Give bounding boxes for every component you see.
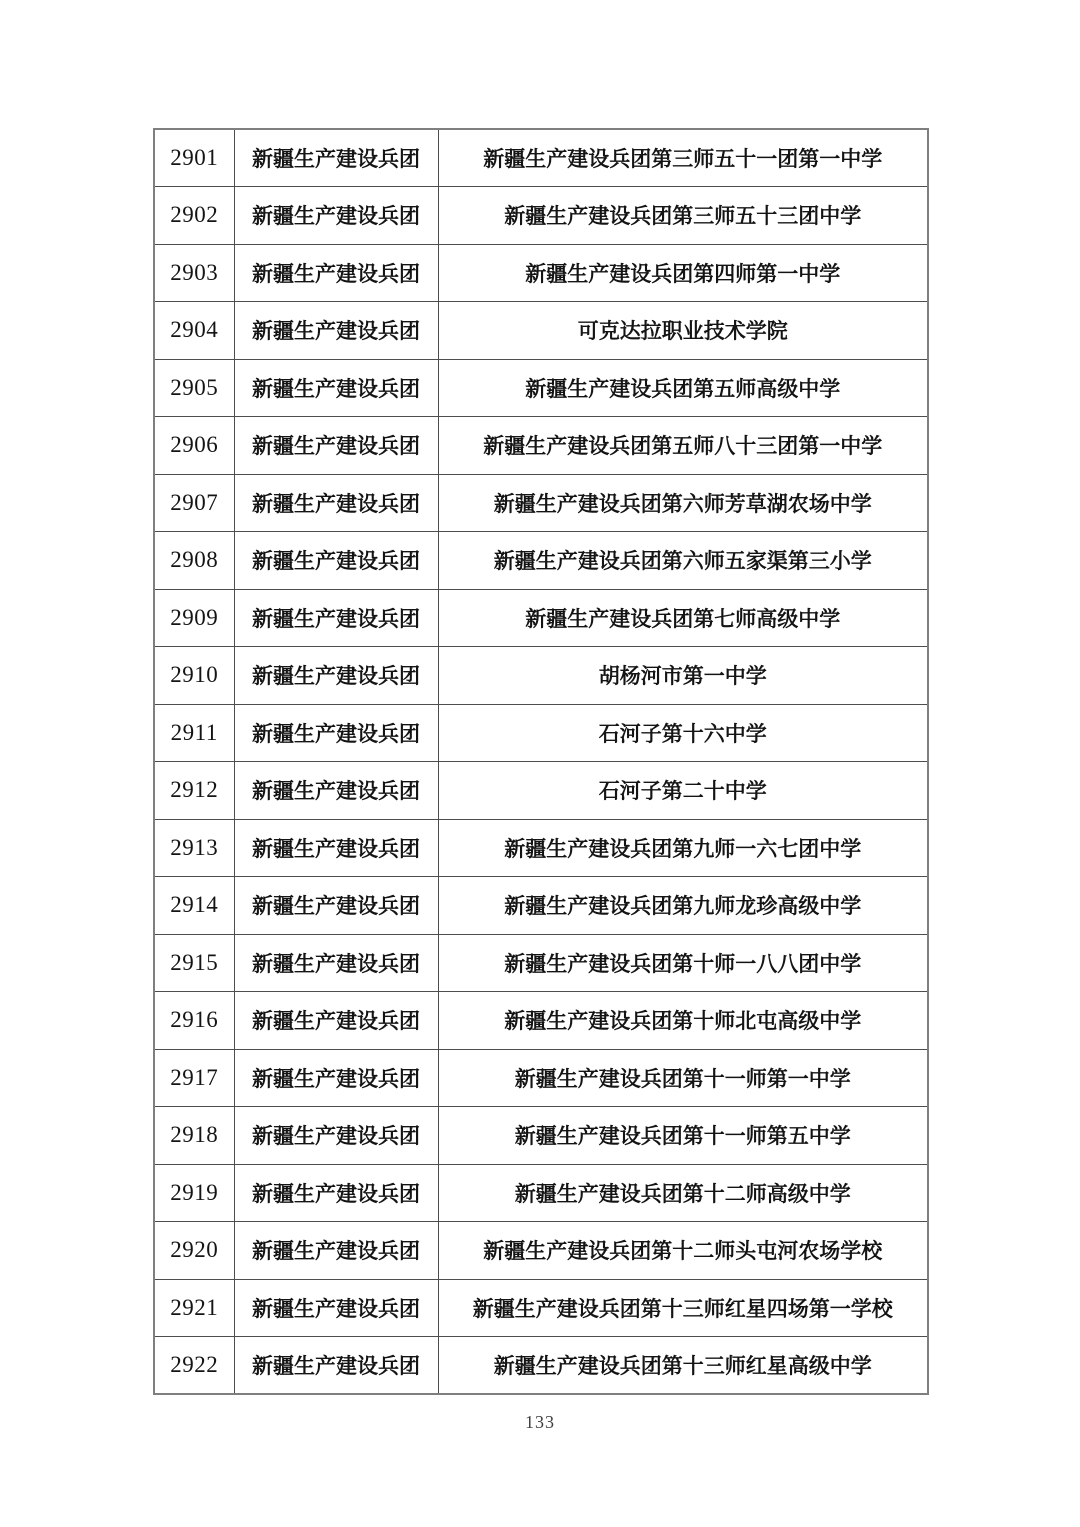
table-row: 2912新疆生产建设兵团石河子第二十中学 [154, 762, 928, 820]
region-cell: 新疆生产建设兵团 [234, 1222, 438, 1280]
region-cell: 新疆生产建设兵团 [234, 129, 438, 187]
school-name-cell: 新疆生产建设兵团第九师龙珍高级中学 [438, 877, 928, 935]
table-row: 2911新疆生产建设兵团石河子第十六中学 [154, 704, 928, 762]
table-row: 2913新疆生产建设兵团新疆生产建设兵团第九师一六七团中学 [154, 819, 928, 877]
school-name-cell: 石河子第十六中学 [438, 704, 928, 762]
table-row: 2914新疆生产建设兵团新疆生产建设兵团第九师龙珍高级中学 [154, 877, 928, 935]
row-number-cell: 2920 [154, 1222, 234, 1280]
table-row: 2903新疆生产建设兵团新疆生产建设兵团第四师第一中学 [154, 244, 928, 302]
region-cell: 新疆生产建设兵团 [234, 1164, 438, 1222]
school-table-body: 2901新疆生产建设兵团新疆生产建设兵团第三师五十一团第一中学2902新疆生产建… [154, 129, 928, 1394]
table-row: 2905新疆生产建设兵团新疆生产建设兵团第五师高级中学 [154, 359, 928, 417]
school-name-cell: 新疆生产建设兵团第十二师头屯河农场学校 [438, 1222, 928, 1280]
region-cell: 新疆生产建设兵团 [234, 992, 438, 1050]
region-cell: 新疆生产建设兵团 [234, 762, 438, 820]
region-cell: 新疆生产建设兵团 [234, 1279, 438, 1337]
school-name-cell: 新疆生产建设兵团第五师高级中学 [438, 359, 928, 417]
region-cell: 新疆生产建设兵团 [234, 819, 438, 877]
region-cell: 新疆生产建设兵团 [234, 1107, 438, 1165]
table-row: 2919新疆生产建设兵团新疆生产建设兵团第十二师高级中学 [154, 1164, 928, 1222]
region-cell: 新疆生产建设兵团 [234, 934, 438, 992]
row-number-cell: 2909 [154, 589, 234, 647]
table-row: 2907新疆生产建设兵团新疆生产建设兵团第六师芳草湖农场中学 [154, 474, 928, 532]
school-name-cell: 新疆生产建设兵团第十二师高级中学 [438, 1164, 928, 1222]
row-number-cell: 2907 [154, 474, 234, 532]
row-number-cell: 2915 [154, 934, 234, 992]
region-cell: 新疆生产建设兵团 [234, 647, 438, 705]
table-row: 2918新疆生产建设兵团新疆生产建设兵团第十一师第五中学 [154, 1107, 928, 1165]
school-name-cell: 新疆生产建设兵团第六师五家渠第三小学 [438, 532, 928, 590]
school-name-cell: 新疆生产建设兵团第十一师第一中学 [438, 1049, 928, 1107]
school-name-cell: 新疆生产建设兵团第十三师红星高级中学 [438, 1337, 928, 1395]
region-cell: 新疆生产建设兵团 [234, 589, 438, 647]
row-number-cell: 2918 [154, 1107, 234, 1165]
school-name-cell: 新疆生产建设兵团第十三师红星四场第一学校 [438, 1279, 928, 1337]
school-name-cell: 新疆生产建设兵团第十师一八八团中学 [438, 934, 928, 992]
row-number-cell: 2916 [154, 992, 234, 1050]
region-cell: 新疆生产建设兵团 [234, 704, 438, 762]
school-name-cell: 新疆生产建设兵团第七师高级中学 [438, 589, 928, 647]
region-cell: 新疆生产建设兵团 [234, 187, 438, 245]
region-cell: 新疆生产建设兵团 [234, 417, 438, 475]
school-name-cell: 石河子第二十中学 [438, 762, 928, 820]
row-number-cell: 2913 [154, 819, 234, 877]
table-row: 2906新疆生产建设兵团新疆生产建设兵团第五师八十三团第一中学 [154, 417, 928, 475]
table-row: 2904新疆生产建设兵团可克达拉职业技术学院 [154, 302, 928, 360]
row-number-cell: 2910 [154, 647, 234, 705]
row-number-cell: 2914 [154, 877, 234, 935]
row-number-cell: 2905 [154, 359, 234, 417]
page-number: 133 [0, 1412, 1080, 1433]
region-cell: 新疆生产建设兵团 [234, 1049, 438, 1107]
school-list-table: 2901新疆生产建设兵团新疆生产建设兵团第三师五十一团第一中学2902新疆生产建… [153, 128, 929, 1395]
table-row: 2917新疆生产建设兵团新疆生产建设兵团第十一师第一中学 [154, 1049, 928, 1107]
row-number-cell: 2919 [154, 1164, 234, 1222]
school-name-cell: 可克达拉职业技术学院 [438, 302, 928, 360]
document-page: 2901新疆生产建设兵团新疆生产建设兵团第三师五十一团第一中学2902新疆生产建… [0, 0, 1080, 1527]
row-number-cell: 2921 [154, 1279, 234, 1337]
region-cell: 新疆生产建设兵团 [234, 244, 438, 302]
row-number-cell: 2908 [154, 532, 234, 590]
school-name-cell: 新疆生产建设兵团第九师一六七团中学 [438, 819, 928, 877]
row-number-cell: 2903 [154, 244, 234, 302]
table-row: 2921新疆生产建设兵团新疆生产建设兵团第十三师红星四场第一学校 [154, 1279, 928, 1337]
table-row: 2908新疆生产建设兵团新疆生产建设兵团第六师五家渠第三小学 [154, 532, 928, 590]
school-name-cell: 新疆生产建设兵团第十师北屯高级中学 [438, 992, 928, 1050]
row-number-cell: 2902 [154, 187, 234, 245]
row-number-cell: 2911 [154, 704, 234, 762]
row-number-cell: 2906 [154, 417, 234, 475]
row-number-cell: 2901 [154, 129, 234, 187]
school-name-cell: 新疆生产建设兵团第十一师第五中学 [438, 1107, 928, 1165]
school-name-cell: 新疆生产建设兵团第三师五十一团第一中学 [438, 129, 928, 187]
table-row: 2920新疆生产建设兵团新疆生产建设兵团第十二师头屯河农场学校 [154, 1222, 928, 1280]
school-name-cell: 新疆生产建设兵团第三师五十三团中学 [438, 187, 928, 245]
table-row: 2916新疆生产建设兵团新疆生产建设兵团第十师北屯高级中学 [154, 992, 928, 1050]
row-number-cell: 2917 [154, 1049, 234, 1107]
table-row: 2915新疆生产建设兵团新疆生产建设兵团第十师一八八团中学 [154, 934, 928, 992]
region-cell: 新疆生产建设兵团 [234, 1337, 438, 1395]
row-number-cell: 2922 [154, 1337, 234, 1395]
table-row: 2909新疆生产建设兵团新疆生产建设兵团第七师高级中学 [154, 589, 928, 647]
table-row: 2910新疆生产建设兵团胡杨河市第一中学 [154, 647, 928, 705]
region-cell: 新疆生产建设兵团 [234, 474, 438, 532]
region-cell: 新疆生产建设兵团 [234, 877, 438, 935]
row-number-cell: 2912 [154, 762, 234, 820]
school-name-cell: 新疆生产建设兵团第四师第一中学 [438, 244, 928, 302]
school-name-cell: 新疆生产建设兵团第六师芳草湖农场中学 [438, 474, 928, 532]
school-name-cell: 新疆生产建设兵团第五师八十三团第一中学 [438, 417, 928, 475]
region-cell: 新疆生产建设兵团 [234, 302, 438, 360]
row-number-cell: 2904 [154, 302, 234, 360]
table-row: 2902新疆生产建设兵团新疆生产建设兵团第三师五十三团中学 [154, 187, 928, 245]
table-row: 2901新疆生产建设兵团新疆生产建设兵团第三师五十一团第一中学 [154, 129, 928, 187]
region-cell: 新疆生产建设兵团 [234, 359, 438, 417]
table-row: 2922新疆生产建设兵团新疆生产建设兵团第十三师红星高级中学 [154, 1337, 928, 1395]
region-cell: 新疆生产建设兵团 [234, 532, 438, 590]
school-name-cell: 胡杨河市第一中学 [438, 647, 928, 705]
